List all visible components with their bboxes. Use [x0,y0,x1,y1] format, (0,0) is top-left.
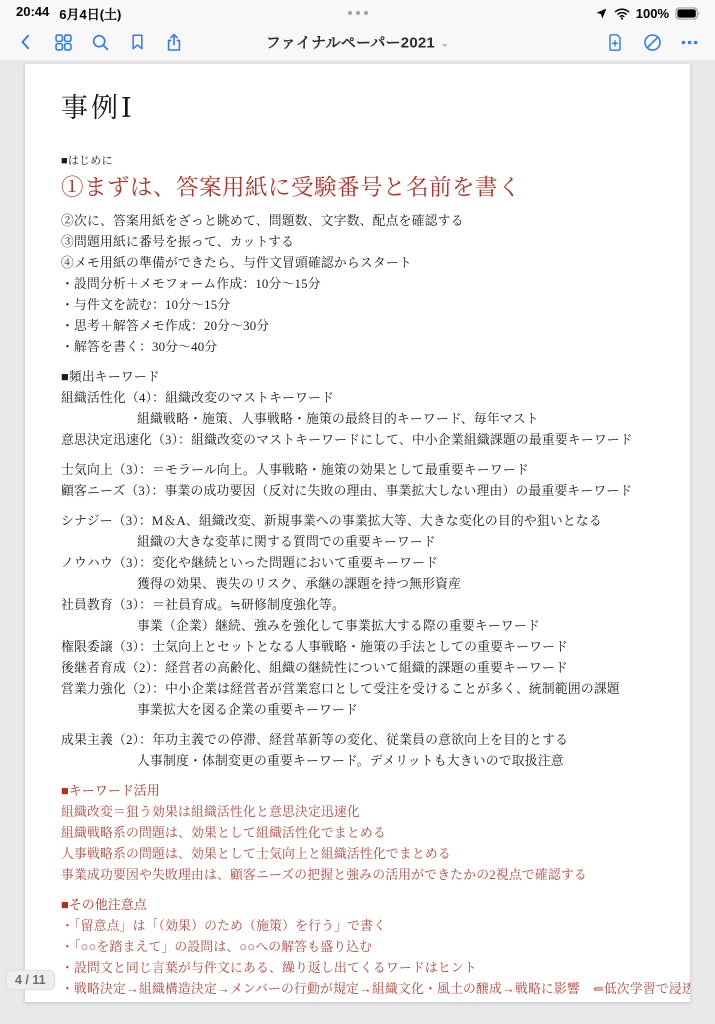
doc-line: 意思決定迅速化（3）：組織改変のマストキーワードにして、中小企業組織課題の最重要… [61,430,686,451]
status-time-date: 20:44 6月4日(土) [16,4,121,23]
toolbar-left [14,30,186,54]
doc-gap [61,451,686,460]
status-right: 100% [595,6,701,21]
share-icon [164,32,184,53]
screen: 20:44 6月4日(土) 100% [0,0,715,1024]
doc-gap [61,358,686,367]
doc-line: ③問題用紙に番号を振って、カットする [61,232,686,253]
doc-line: 外部環境の大きな変化が生じるとこのサイクルに問題が生じる ⇐高次学習で成長が必要 [61,1000,686,1002]
doc-line: ④メモ用紙の準備ができたら、与件文冒頭確認からスタート [61,253,686,274]
add-page-icon [605,32,625,53]
doc-line: 営業力強化（2）：中小企業は経営者が営業窓口として受注を受けることが多く、統制範… [61,679,686,700]
share-button[interactable] [162,30,186,54]
doc-line: ・設問文と同じ言葉が与件文にある、繰り返し出てくるワードはヒント [61,958,686,979]
doc-line: 士気向上（3）：＝モラール向上。人事戦略・施策の効果として最重要キーワード [61,460,686,481]
doc-line: 人事制度・体制変更の重要キーワード。デメリットも大きいので取扱注意 [61,751,686,772]
battery-percent: 100% [636,6,669,21]
doc-line: 組織活性化（4）：組織改変のマストキーワード [61,388,686,409]
doc-line: 組織改変＝狙う効果は組織活性化と意思決定迅速化 [61,802,686,823]
doc-line: 社員教育（3）：＝社員育成。≒研修制度強化等。 [61,595,686,616]
doc-line: 権限委譲（3）：士気向上とセットとなる人事戦略・施策の手法としての重要キーワード [61,637,686,658]
doc-line: 顧客ニーズ（3）：事業の成功要因（反対に失敗の理由、事業拡大しない理由）の最重要… [61,481,686,502]
add-page-button[interactable] [603,30,627,54]
doc-line: ・設問分析＋メモフォーム作成：10分〜15分 [61,274,686,295]
document-title-menu[interactable]: ファイナルペーパー2021 ⌄ [266,32,449,53]
doc-gap [61,721,686,730]
doc-line: 組織の大きな変革に関する質問での重要キーワード [61,532,686,553]
doc-line: ■頻出キーワード [61,367,686,388]
bookmark-button[interactable] [125,30,149,54]
wifi-icon [614,7,630,20]
more-button[interactable] [677,30,701,54]
bookmark-icon [128,32,147,52]
doc-line: ・「留意点」は「（効果）のため（施策）を行う」で書く [61,916,686,937]
ellipsis-icon [679,32,700,53]
search-button[interactable] [88,30,112,54]
doc-gap [61,886,686,895]
page-title: 事例Ⅰ [61,86,686,125]
doc-line: ノウハウ（3）：変化や継続といった問題において重要キーワード [61,553,686,574]
doc-line: ・戦略決定→組織構造決定→メンバーの行動が規定→組織文化・風土の醸成→戦略に影響… [61,979,686,1000]
doc-line: ■その他注意点 [61,895,686,916]
status-bar: 20:44 6月4日(土) 100% [0,0,715,24]
toolbar-right [603,30,701,54]
location-icon [595,7,608,20]
content-area[interactable]: 事例Ⅰ ■はじめに①まずは、答案用紙に受験番号と名前を書く②次に、答案用紙をざっ… [0,64,715,1024]
multitask-dots-icon [348,11,368,15]
doc-line: 組織戦略系の問題は、効果として組織活性化でまとめる [61,823,686,844]
chevron-down-icon: ⌄ [440,37,449,50]
chevron-left-icon [16,32,36,52]
markup-button[interactable] [640,30,664,54]
back-button[interactable] [14,30,38,54]
doc-line: 事業拡大を図る企業の重要キーワード [61,700,686,721]
page-indicator: 4 / 11 [6,970,55,990]
doc-gap [61,502,686,511]
thumbnails-button[interactable] [51,30,75,54]
doc-line: 成果主義（2）：年功主義での停滞、経営革新等の変化、従業員の意欲向上を目的とする [61,730,686,751]
document-page: 事例Ⅰ ■はじめに①まずは、答案用紙に受験番号と名前を書く②次に、答案用紙をざっ… [25,64,690,1002]
doc-line: ・解答を書く：30分〜40分 [61,337,686,358]
battery-icon [675,7,701,20]
toolbar: ファイナルペーパー2021 ⌄ [0,24,715,60]
doc-line: シナジー（3）：M＆A、組織改変、新規事業への事業拡大等、大きな変化の目的や狙い… [61,511,686,532]
document-title-label: ファイナルペーパー2021 [266,32,435,53]
doc-line: ■キーワード活用 [61,781,686,802]
doc-line: ■はじめに [61,153,686,169]
doc-line: ①まずは、答案用紙に受験番号と名前を書く [61,172,686,203]
search-icon [90,32,111,53]
markup-pencil-icon [642,32,663,53]
doc-line: ・思考＋解答メモ作成：20分〜30分 [61,316,686,337]
doc-line: 事業（企業）継続、強みを強化して事業拡大する際の重要キーワード [61,616,686,637]
doc-gap [61,772,686,781]
doc-line: ・与件文を読む：10分〜15分 [61,295,686,316]
doc-line: ②次に、答案用紙をざっと眺めて、問題数、文字数、配点を確認する [61,211,686,232]
grid-icon [53,32,74,53]
doc-line: 後継者育成（2）：経営者の高齢化、組織の継続性について組織的課題の重要キーワード [61,658,686,679]
doc-line: 組織戦略・施策、人事戦略・施策の最終目的キーワード、毎年マスト [61,409,686,430]
doc-line: ・「○○を踏まえて」の設問は、○○への解答も盛り込む [61,937,686,958]
doc-line: 獲得の効果、喪失のリスク、承継の課題を持つ無形資産 [61,574,686,595]
doc-line: 事業成功要因や失敗理由は、顧客ニーズの把握と強みの活用ができたかの2視点で確認す… [61,865,686,886]
status-time: 20:44 [16,4,49,23]
doc-line: 人事戦略系の問題は、効果として士気向上と組織活性化でまとめる [61,844,686,865]
status-date: 6月4日(土) [59,4,121,23]
doc-lines: ■はじめに①まずは、答案用紙に受験番号と名前を書く②次に、答案用紙をざっと眺めて… [61,153,686,1002]
